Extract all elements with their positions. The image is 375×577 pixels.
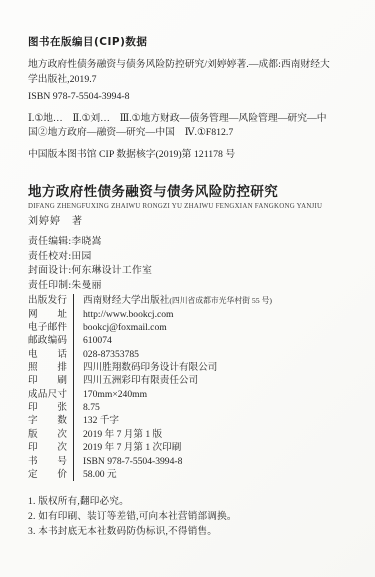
cip-bib-line-2: 学出版社,2019.7 <box>28 73 359 88</box>
pub-label: 印 刷 <box>28 374 68 387</box>
book-title: 地方政府性债务融资与债务风险防控研究 <box>28 184 359 200</box>
pub-value: 2019 年 7 月第 1 版 <box>73 428 359 441</box>
copyright-page: 图书在版编目(CIP)数据 地方政府性债务融资与债务风险防控研究/刘婷婷著.—成… <box>0 0 375 577</box>
pub-label: 出版发行 <box>28 294 68 307</box>
pub-value: 610074 <box>73 334 359 347</box>
credit-label: 责任编辑: <box>28 236 71 247</box>
credit-row-cover-design: 封面设计:何东琳设计工作室 <box>28 264 359 279</box>
pub-label: 电 话 <box>28 348 68 361</box>
pub-value: 58.00 元 <box>73 468 359 481</box>
pub-row-isbn: 书 号 ISBN 978-7-5504-3994-8 <box>28 455 359 468</box>
cip-bib-line-1: 地方政府性债务融资与债务风险防控研究/刘婷婷著.—成都:西南财经大 <box>28 58 359 73</box>
pub-row-typesetting: 照 排 四川胜翔数码印务设计有限公司 <box>28 361 359 374</box>
pub-row-website: 网 址 http://www.bookcj.com <box>28 308 359 321</box>
note-item: 1. 版权所有,翻印必究。 <box>28 495 359 510</box>
pub-label: 书 号 <box>28 455 68 468</box>
pub-row-price: 定 价 58.00 元 <box>28 468 359 481</box>
pub-row-impression: 印 次 2019 年 7 月第 1 次印刷 <box>28 441 359 454</box>
pub-row-publisher: 出版发行 西南财经大学出版社(四川省成都市光华村街 55 号) <box>28 294 359 307</box>
credit-row-print-supervisor: 责任印制:朱曼丽 <box>28 279 359 294</box>
credit-value: 李晓嵩 <box>71 236 101 247</box>
pub-label: 印 张 <box>28 401 68 414</box>
pub-row-email: 电子邮件 bookcj@foxmail.com <box>28 321 359 334</box>
publication-details-table: 出版发行 西南财经大学出版社(四川省成都市光华村街 55 号) 网 址 http… <box>28 294 359 481</box>
cip-header: 图书在版编目(CIP)数据 <box>28 36 359 49</box>
cip-classification-line-1: Ⅰ.①地… Ⅱ.①刘… Ⅲ.①地方财政—债务管理—风险管理—研究—中 <box>28 112 359 126</box>
pub-row-phone: 电 话 028-87353785 <box>28 348 359 361</box>
credit-value: 何东琳设计工作室 <box>71 265 152 276</box>
note-item: 2. 如有印刷、装订等差错,可向本社营销部调换。 <box>28 510 359 525</box>
pub-value: 四川胜翔数码印务设计有限公司 <box>73 361 359 374</box>
pub-label: 电子邮件 <box>28 321 68 334</box>
pub-row-sheets: 印 张 8.75 <box>28 401 359 414</box>
credit-label: 责任校对: <box>28 251 71 262</box>
credit-row-proofreader: 责任校对:田园 <box>28 250 359 265</box>
pub-row-word-count: 字 数 132 千字 <box>28 414 359 427</box>
pub-value: http://www.bookcj.com <box>73 308 359 321</box>
pub-label: 印 次 <box>28 441 68 454</box>
pub-row-edition: 版 次 2019 年 7 月第 1 版 <box>28 428 359 441</box>
pub-value: bookcj@foxmail.com <box>73 321 359 334</box>
cip-isbn-line: ISBN 978-7-5504-3994-8 <box>28 90 359 104</box>
pub-value: 8.75 <box>73 401 359 414</box>
credit-label: 责任印制: <box>28 280 71 291</box>
publisher-address-note: (四川省成都市光华村街 55 号) <box>169 296 272 305</box>
editorial-credits: 责任编辑:李晓嵩 责任校对:田园 封面设计:何东琳设计工作室 责任印制:朱曼丽 <box>28 235 359 293</box>
pub-label: 成品尺寸 <box>28 388 68 401</box>
pub-value-text: 西南财经大学出版社 <box>83 295 169 306</box>
cip-record-number: 中国版本图书馆 CIP 数据核字(2019)第 121178 号 <box>28 144 359 162</box>
pub-value: 2019 年 7 月第 1 次印刷 <box>73 441 359 454</box>
credit-label: 封面设计: <box>28 265 71 276</box>
pub-label: 网 址 <box>28 308 68 321</box>
pub-label: 定 价 <box>28 468 68 481</box>
author-line: 刘婷婷 著 <box>28 215 359 229</box>
pub-value: 132 千字 <box>73 414 359 427</box>
title-block: 地方政府性债务融资与债务风险防控研究 DIFANG ZHENGFUXING ZH… <box>28 184 359 229</box>
pub-value: 028-87353785 <box>73 348 359 361</box>
pub-label: 邮政编码 <box>28 334 68 347</box>
credit-value: 朱曼丽 <box>71 280 101 291</box>
pub-label: 照 排 <box>28 361 68 374</box>
cip-bibliographic-entry: 地方政府性债务融资与债务风险防控研究/刘婷婷著.—成都:西南财经大 学出版社,2… <box>28 58 359 87</box>
pub-value: ISBN 978-7-5504-3994-8 <box>73 455 359 468</box>
pub-value: 170mm×240mm <box>73 388 359 401</box>
pub-row-postcode: 邮政编码 610074 <box>28 334 359 347</box>
cip-classification-line-2: 国②地方政府—融资—研究—中国 Ⅳ.①F812.7 <box>28 126 359 140</box>
pub-label: 版 次 <box>28 428 68 441</box>
copyright-notes: 1. 版权所有,翻印必究。 2. 如有印刷、装订等差错,可向本社营销部调换。 3… <box>28 495 359 539</box>
pub-label: 字 数 <box>28 414 68 427</box>
credit-value: 田园 <box>71 251 91 262</box>
credit-row-editor: 责任编辑:李晓嵩 <box>28 235 359 250</box>
note-item: 3. 本书封底无本社数码防伪标识,不得销售。 <box>28 525 359 540</box>
pub-row-dimensions: 成品尺寸 170mm×240mm <box>28 388 359 401</box>
pub-value: 四川五洲彩印有限责任公司 <box>73 374 359 387</box>
book-title-pinyin: DIFANG ZHENGFUXING ZHAIWU RONGZI YU ZHAI… <box>28 202 359 211</box>
pub-row-printing-company: 印 刷 四川五洲彩印有限责任公司 <box>28 374 359 387</box>
pub-value: 西南财经大学出版社(四川省成都市光华村街 55 号) <box>73 294 359 307</box>
cip-classification: Ⅰ.①地… Ⅱ.①刘… Ⅲ.①地方财政—债务管理—风险管理—研究—中 国②地方政… <box>28 112 359 140</box>
